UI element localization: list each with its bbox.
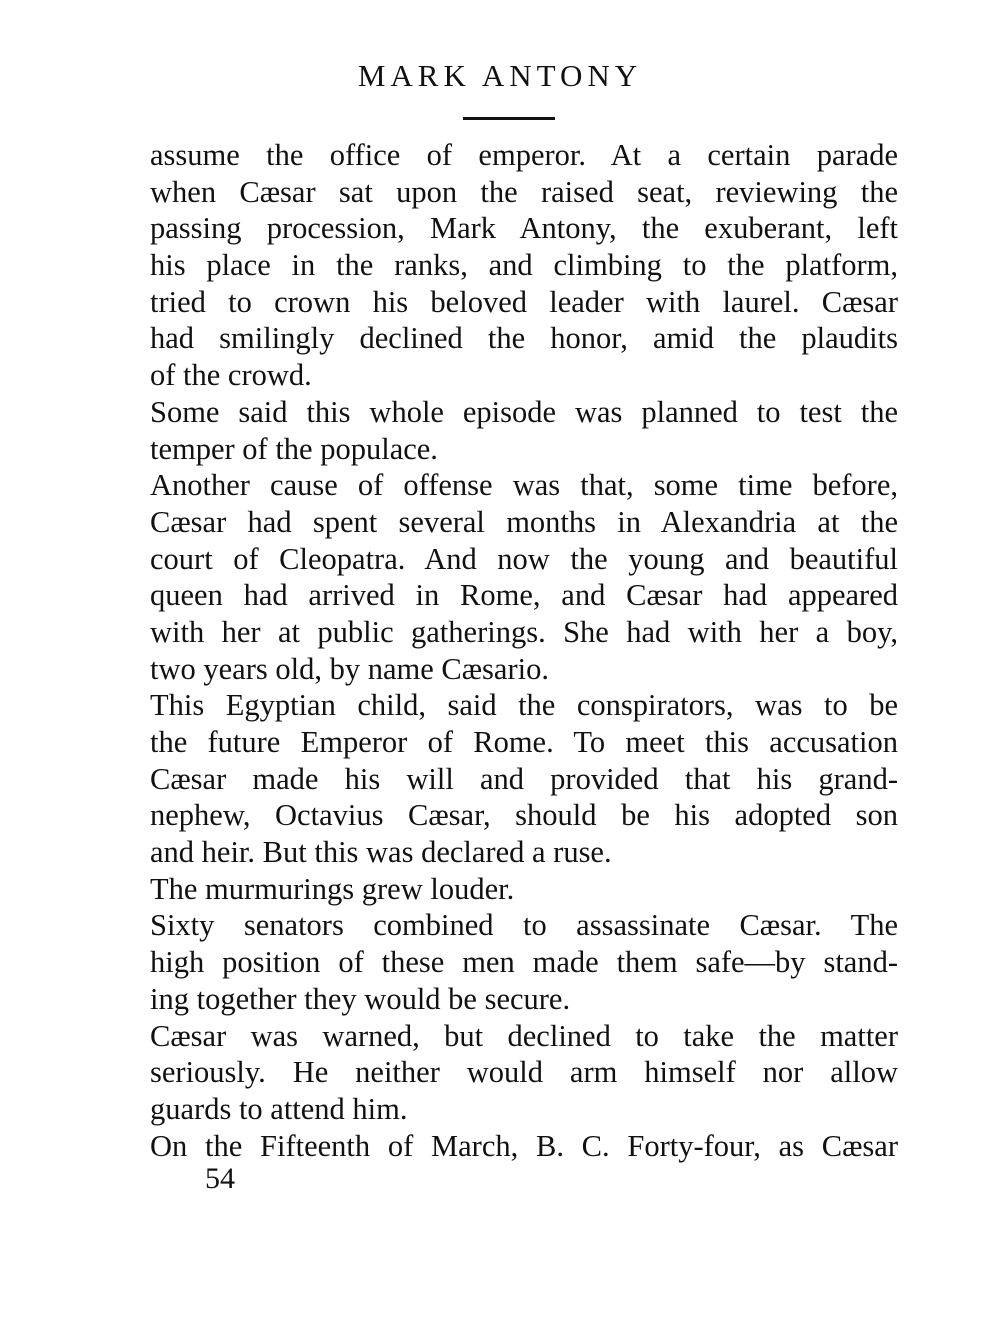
text-line: high position of these men made them saf… bbox=[150, 944, 898, 981]
text-line: had smilingly declined the honor, amid t… bbox=[150, 320, 898, 357]
text-line: when Cæsar sat upon the raised seat, rev… bbox=[150, 174, 898, 211]
text-line: assume the office of emperor. At a certa… bbox=[150, 137, 898, 174]
text-line: queen had arrived in Rome, and Cæsar had… bbox=[150, 577, 898, 614]
text-line: The murmurings grew louder. bbox=[150, 871, 898, 908]
text-line: Sixty senators combined to assassinate C… bbox=[150, 907, 898, 944]
text-line: and heir. But this was declared a ruse. bbox=[150, 834, 898, 871]
text-line: with her at public gatherings. She had w… bbox=[150, 614, 898, 651]
text-line: the future Emperor of Rome. To meet this… bbox=[150, 724, 898, 761]
text-line: court of Cleopatra. And now the young an… bbox=[150, 541, 898, 578]
text-line: seriously. He neither would arm himself … bbox=[150, 1054, 898, 1091]
text-line: his place in the ranks, and climbing to … bbox=[150, 247, 898, 284]
text-line: Cæsar was warned, but declined to take t… bbox=[150, 1018, 898, 1055]
text-line: two years old, by name Cæsario. bbox=[150, 651, 898, 688]
text-line: tried to crown his beloved leader with l… bbox=[150, 284, 898, 321]
text-line: On the Fifteenth of March, B. C. Forty-f… bbox=[150, 1128, 898, 1165]
text-line: nephew, Octavius Cæsar, should be his ad… bbox=[150, 797, 898, 834]
text-line: ing together they would be secure. bbox=[150, 981, 898, 1018]
text-line: Another cause of offense was that, some … bbox=[150, 467, 898, 504]
text-line: temper of the populace. bbox=[150, 431, 898, 468]
text-line: of the crowd. bbox=[150, 357, 898, 394]
text-line: This Egyptian child, said the conspirato… bbox=[150, 687, 898, 724]
text-line: passing procession, Mark Antony, the exu… bbox=[150, 210, 898, 247]
text-line: guards to attend him. bbox=[150, 1091, 898, 1128]
text-line: Cæsar made his will and provided that hi… bbox=[150, 761, 898, 798]
text-line: Some said this whole episode was planned… bbox=[150, 394, 898, 431]
page-number: 54 bbox=[205, 1162, 235, 1196]
book-page: MARK ANTONY assume the office of emperor… bbox=[0, 0, 1000, 1337]
header-rule bbox=[463, 117, 555, 120]
body-text: assume the office of emperor. At a certa… bbox=[150, 137, 898, 1164]
running-head: MARK ANTONY bbox=[0, 58, 1000, 94]
text-line: Cæsar had spent several months in Alexan… bbox=[150, 504, 898, 541]
